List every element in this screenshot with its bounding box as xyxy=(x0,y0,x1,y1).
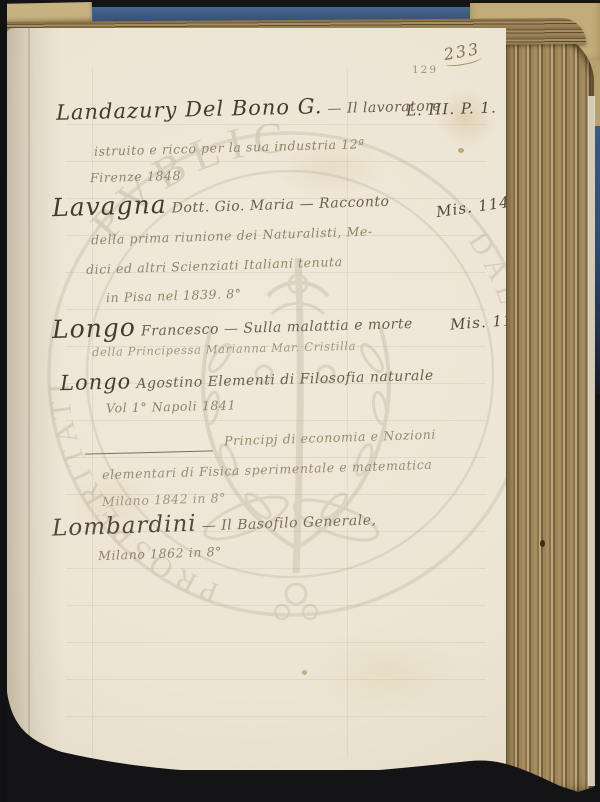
deckle-edge-overlay xyxy=(0,0,600,802)
book-scan-photo: PVBLICAE PROSPERITATI DAE xyxy=(0,0,600,802)
background-left-margin xyxy=(0,0,7,802)
